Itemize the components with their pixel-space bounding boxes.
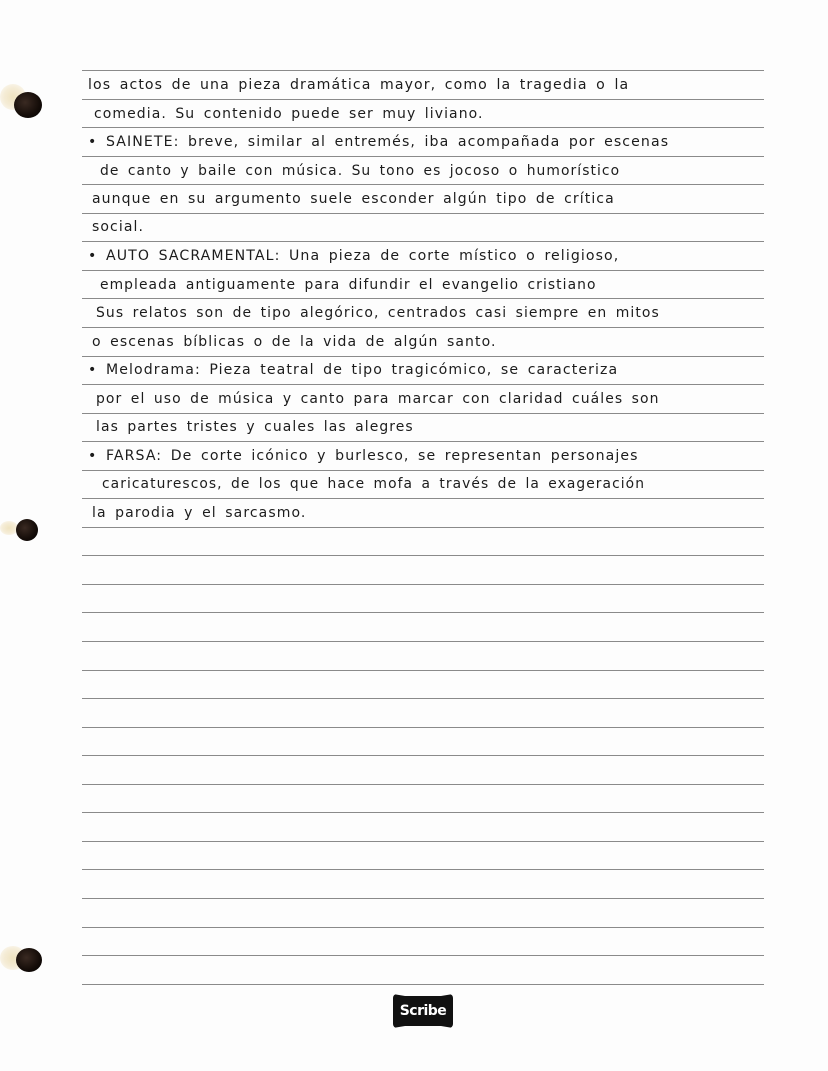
text-line-13: las partes tristes y cuales las alegres [96, 414, 764, 440]
text-line-6: social. [92, 214, 764, 240]
text-line-10: o escenas bíblicas o de la vida de algún… [92, 329, 764, 355]
text-line-11-melodrama: • Melodrama: Pieza teatral de tipo tragi… [88, 357, 764, 383]
text-line-12: por el uso de música y canto para marcar… [96, 386, 764, 412]
scribe-logo: Scribe [393, 994, 453, 1028]
binder-hole-icon [0, 82, 46, 122]
text-line-5: aunque en su argumento suele esconder al… [92, 186, 764, 212]
text-line-16: la parodia y el sarcasmo. [92, 500, 764, 526]
text-line-1: los actos de una pieza dramática mayor, … [88, 72, 764, 98]
text-line-14-farsa: • FARSA: De corte icónico y burlesco, se… [88, 443, 764, 469]
text-line-8: empleada antiguamente para difundir el e… [100, 272, 764, 298]
binder-hole-icon [0, 944, 44, 976]
handwritten-text: los actos de una pieza dramática mayor, … [0, 0, 828, 1071]
text-line-2: comedia. Su contenido puede ser muy livi… [94, 101, 764, 127]
text-line-4: de canto y baile con música. Su tono es … [100, 158, 764, 184]
text-line-7-auto-sacramental: • AUTO SACRAMENTAL: Una pieza de corte m… [88, 243, 764, 269]
text-line-3-sainete: • SAINETE: breve, similar al entremés, i… [88, 129, 764, 155]
notebook-page: los actos de una pieza dramática mayor, … [0, 0, 828, 1071]
text-line-9: Sus relatos son de tipo alegórico, centr… [96, 300, 764, 326]
text-line-15: caricaturescos, de los que hace mofa a t… [102, 471, 764, 497]
binder-hole-icon [0, 515, 42, 545]
